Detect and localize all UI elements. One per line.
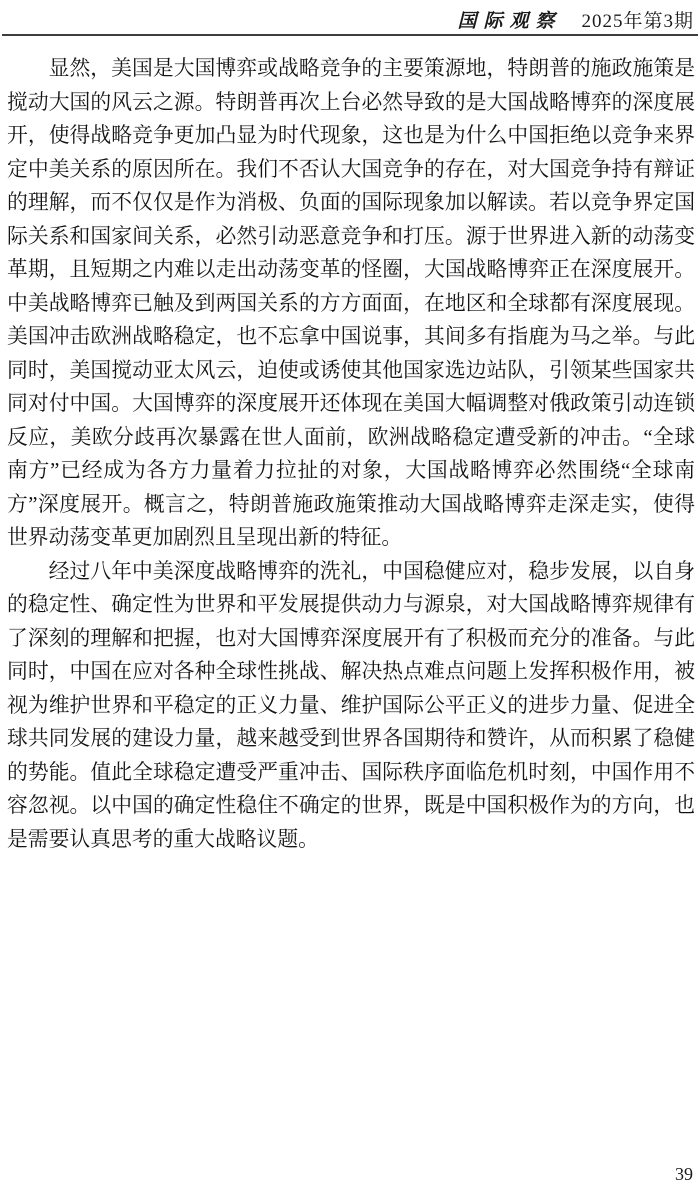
article-body: 显然，美国是大国博弈或战略竞争的主要策源地，特朗普的施政施策是搅动大国的风云之源… xyxy=(7,52,695,856)
page-header: 国际观察 2025年第3期 xyxy=(457,6,694,33)
paragraph-2: 经过八年中美深度战略博弈的洗礼，中国稳健应对，稳步发展，以自身的稳定性、确定性为… xyxy=(7,555,695,857)
journal-name: 国际观察 xyxy=(457,6,561,33)
page-number: 39 xyxy=(675,1164,693,1185)
header-divider xyxy=(2,34,698,36)
issue-label: 2025年第3期 xyxy=(581,6,694,33)
journal-page: 国际观察 2025年第3期 显然，美国是大国博弈或战略竞争的主要策源地，特朗普的… xyxy=(0,0,700,1194)
paragraph-1: 显然，美国是大国博弈或战略竞争的主要策源地，特朗普的施政施策是搅动大国的风云之源… xyxy=(7,52,695,555)
